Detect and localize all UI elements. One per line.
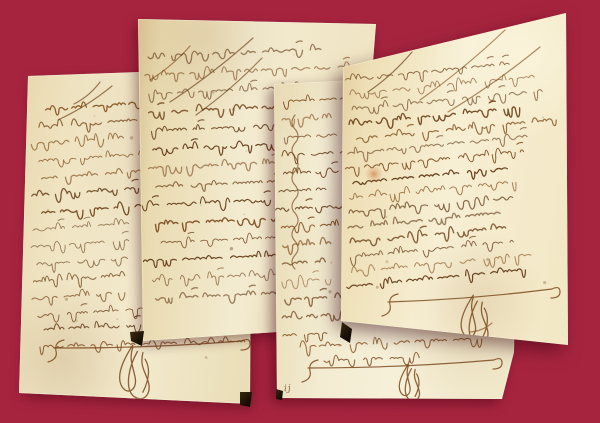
manuscript-page-front bbox=[330, 2, 576, 354]
folio-number: ij bbox=[284, 384, 292, 395]
manuscript-photo: ij bbox=[0, 0, 600, 423]
parchment-surface-front bbox=[330, 2, 576, 354]
